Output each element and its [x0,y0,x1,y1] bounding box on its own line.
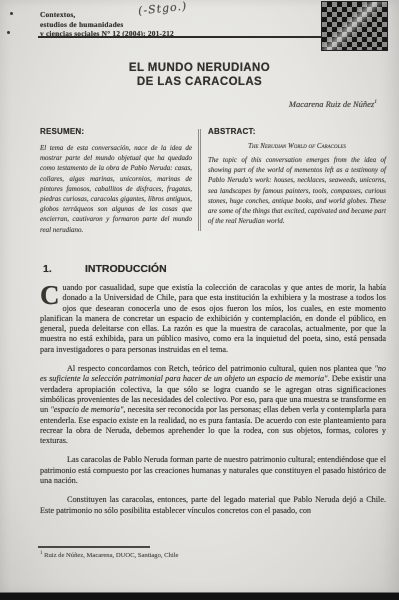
intro-paragraph-2-text-a: Al respecto concordamos con Retch, teóri… [67,364,374,373]
scan-speck [7,31,10,34]
abstract-column: ABSTRACT: The Nerudian World of Caracole… [208,127,386,235]
abstract-heading: ABSTRACT: [208,127,386,136]
intro-paragraph-3: Las caracolas de Pablo Neruda forman par… [40,455,386,486]
footnote: 1 Ruiz de Núñez, Macarena, DUOC, Santiag… [40,551,370,559]
drop-cap: C [40,285,60,306]
abstract-section: RESUMEN: El tema de esta conversación, n… [40,127,386,235]
journal-header-line2: estudios de humanidades [40,20,174,30]
introduction-body: Cuando por casualidad, supe que existía … [40,283,386,525]
section-title: INTRODUCCIÓN [85,263,167,275]
section-number: 1. [43,263,85,275]
author-name: Macarena Ruiz de Núñez [289,99,374,109]
intro-paragraph-1: Cuando por casualidad, supe que existía … [40,283,386,355]
pixelated-stamp [322,2,387,50]
footnote-text: Ruiz de Núñez, Macarena, DUOC, Santiago,… [44,552,178,559]
abstract-body: The topic of this conversation emerges f… [208,155,386,226]
header-rule [38,36,330,38]
resumen-heading: RESUMEN: [40,127,192,136]
scanned-paper-page: Contextos, estudios de humanidades y cie… [0,0,399,600]
resumen-column: RESUMEN: El tema de esta conversación, n… [40,127,192,235]
column-divider [198,129,201,231]
footnote-marker: 1 [40,551,42,556]
scan-speck [10,12,13,15]
title-line-1: EL MUNDO NERUDIANO [0,62,399,76]
handwritten-note: (-Stgo.) [137,0,187,18]
resumen-body: El tema de esta conversación, nace de la… [40,143,192,235]
section-heading-introduccion: 1. INTRODUCCIÓN [43,263,167,275]
intro-paragraph-2: Al respecto concordamos con Retch, teóri… [40,364,386,446]
retch-quote-2: "espacio de memoria" [50,405,123,414]
author-byline: Macarena Ruiz de Núñez1 [289,99,377,109]
intro-paragraph-4: Constituyen las caracolas, entonces, par… [40,495,386,516]
footnote-rule [38,546,150,548]
scanner-edge-bar [0,592,399,600]
abstract-subtitle: The Nerudian World of Caracoles [208,143,386,150]
title-line-2: DE LAS CARACOLAS [0,76,399,90]
author-footnote-ref: 1 [374,99,377,105]
intro-paragraph-1-text: uando por casualidad, supe que existía l… [40,283,386,354]
page-title: EL MUNDO NERUDIANO DE LAS CARACOLAS [0,62,399,89]
